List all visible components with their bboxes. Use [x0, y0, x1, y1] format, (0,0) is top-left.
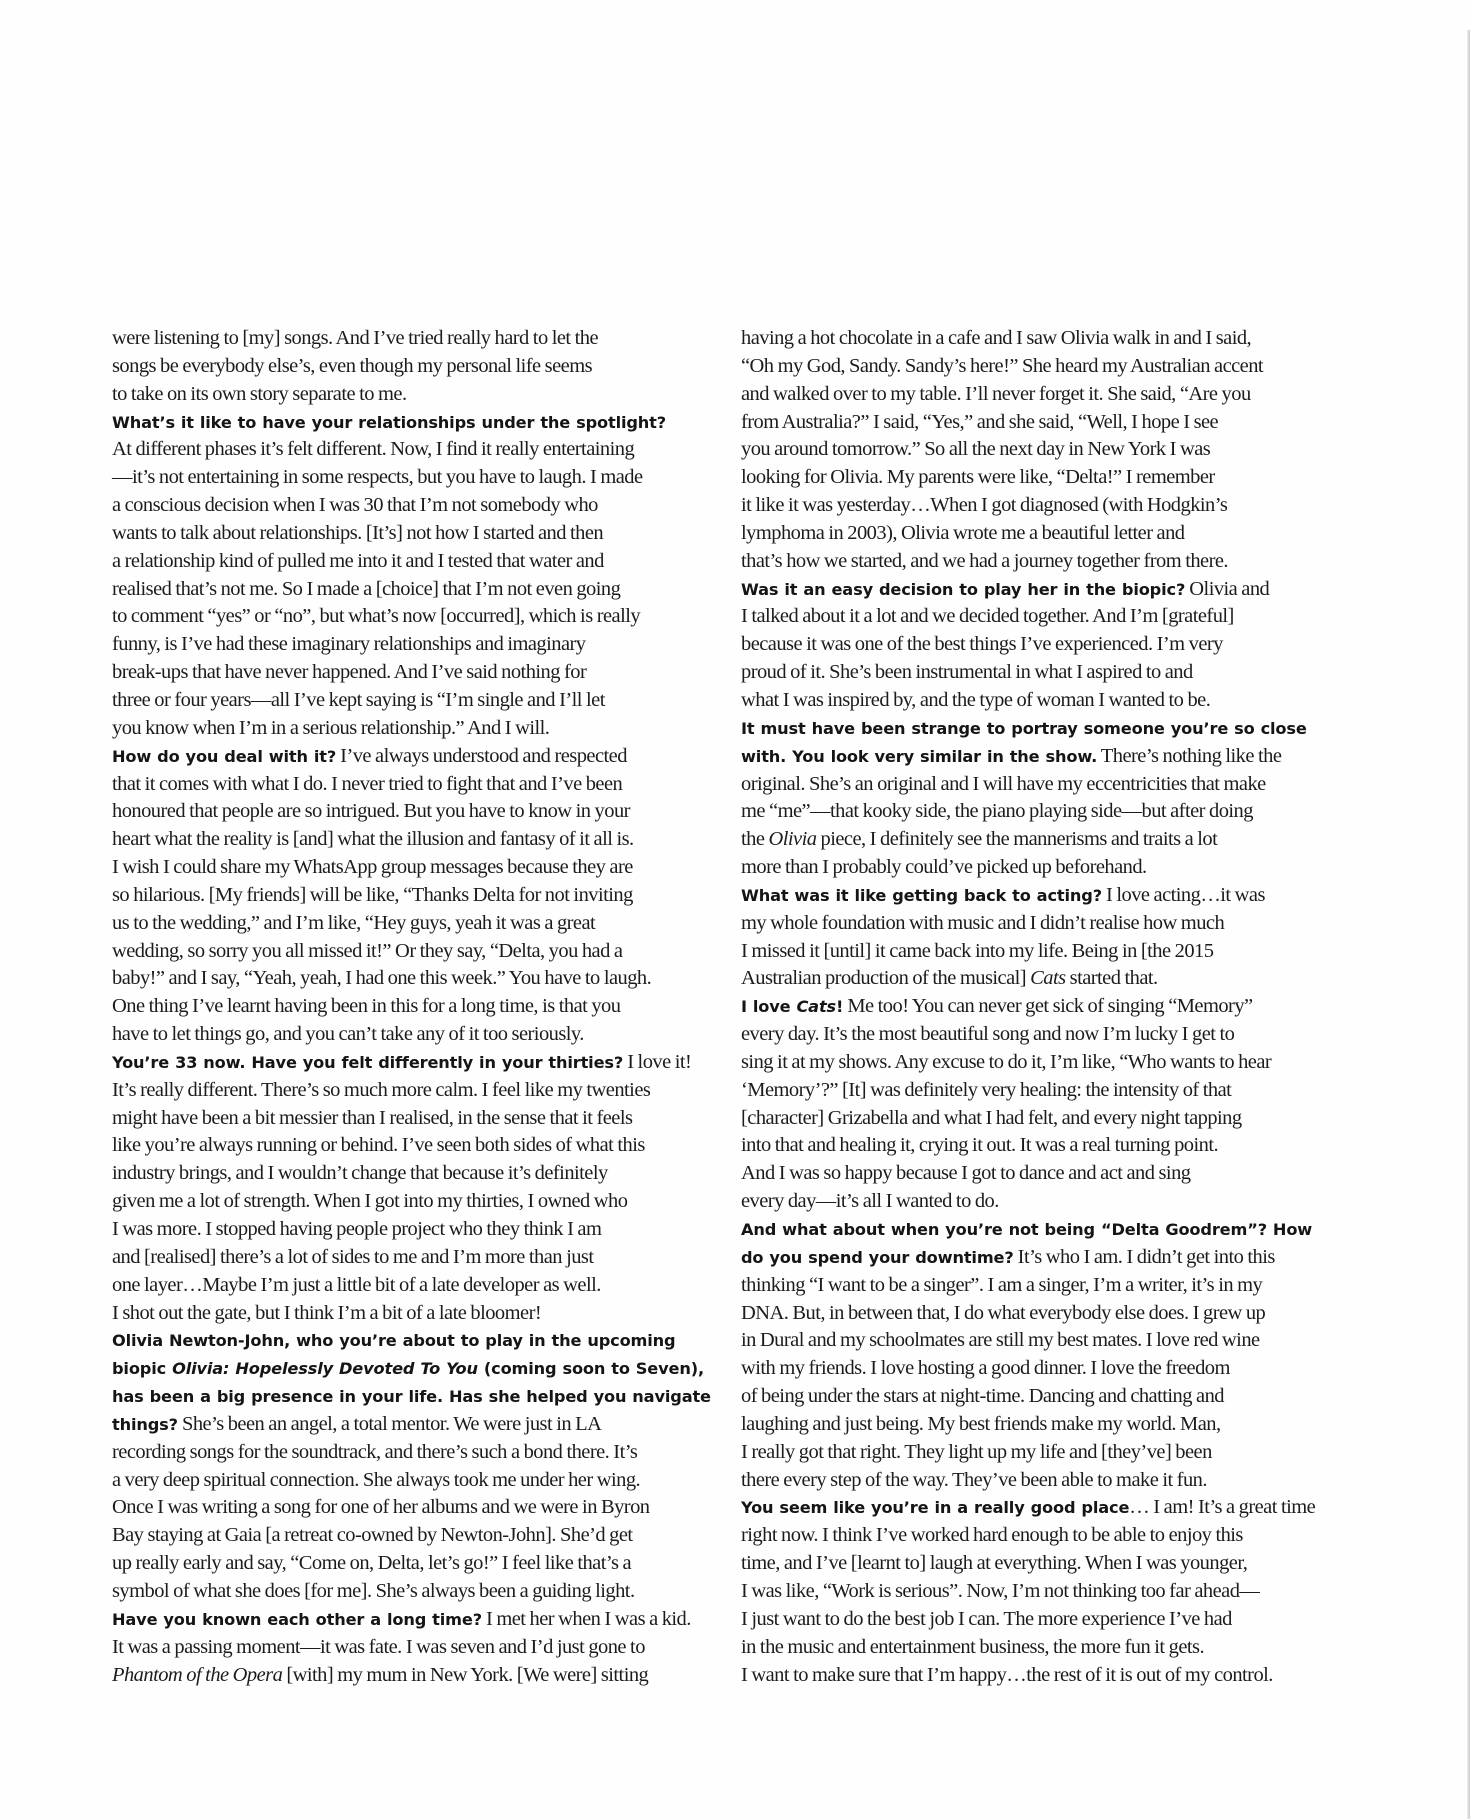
- text-line: I talked about it a lot and we decided t…: [741, 603, 1341, 631]
- interview-column-right: having a hot chocolate in a cafe and I s…: [741, 325, 1341, 1689]
- text-line: Australian production of the musical] Ca…: [741, 965, 1341, 993]
- answer-text: it like it was yesterday…When I got diag…: [741, 494, 1227, 516]
- answer-text: laughing and just being. My best friends…: [741, 1413, 1221, 1435]
- interview-question: I love: [741, 997, 796, 1016]
- interview-question: biopic: [112, 1359, 172, 1378]
- answer-text: every day. It’s the most beautiful song …: [741, 1023, 1234, 1045]
- text-line: And I was so happy because I got to danc…: [741, 1160, 1341, 1188]
- text-line: recording songs for the soundtrack, and …: [112, 1439, 712, 1467]
- answer-text: There’s nothing like the: [1097, 745, 1281, 767]
- answer-text: I was more. I stopped having people proj…: [112, 1218, 601, 1240]
- text-line: do you spend your downtime? It’s who I a…: [741, 1244, 1341, 1272]
- text-line: to take on its own story separate to me.: [112, 381, 712, 409]
- text-line: Bay staying at Gaia [a retreat co-owned …: [112, 1522, 712, 1550]
- answer-text: that’s how we started, and we had a jour…: [741, 550, 1228, 572]
- text-line: because it was one of the best things I’…: [741, 631, 1341, 659]
- interview-question: You seem like you’re in a really good pl…: [741, 1498, 1129, 1517]
- answer-text: It’s really different. There’s so much m…: [112, 1079, 650, 1101]
- answer-text: recording songs for the soundtrack, and …: [112, 1441, 637, 1463]
- answer-text: symbol of what she does [for me]. She’s …: [112, 1580, 635, 1602]
- text-line: I missed it [until] it came back into my…: [741, 938, 1341, 966]
- text-line: sing it at my shows. Any excuse to do it…: [741, 1049, 1341, 1077]
- text-line: so hilarious. [My friends] will be like,…: [112, 882, 712, 910]
- text-line: the Olivia piece, I definitely see the m…: [741, 826, 1341, 854]
- text-line: three or four years—all I’ve kept saying…: [112, 687, 712, 715]
- answer-text: wedding, so sorry you all missed it!” Or…: [112, 940, 622, 962]
- text-line: “Oh my God, Sandy. Sandy’s here!” She he…: [741, 353, 1341, 381]
- answer-text: I want to make sure that I’m happy…the r…: [741, 1664, 1273, 1686]
- interview-question: Cats: [796, 997, 836, 1016]
- text-line: What was it like getting back to acting?…: [741, 882, 1341, 910]
- answer-text: one layer…Maybe I’m just a little bit of…: [112, 1274, 601, 1296]
- magazine-page: were listening to [my] songs. And I’ve t…: [0, 0, 1470, 1819]
- text-line: break-ups that have never happened. And …: [112, 659, 712, 687]
- text-line: One thing I’ve learnt having been in thi…: [112, 993, 712, 1021]
- answer-text: One thing I’ve learnt having been in thi…: [112, 995, 620, 1017]
- answer-text: from Australia?” I said, “Yes,” and she …: [741, 411, 1218, 433]
- answer-text: that it comes with what I do. I never tr…: [112, 773, 622, 795]
- text-line: a conscious decision when I was 30 that …: [112, 492, 712, 520]
- answer-text: might have been a bit messier than I rea…: [112, 1107, 632, 1129]
- text-line: What’s it like to have your relationship…: [112, 409, 712, 437]
- text-line: were listening to [my] songs. And I’ve t…: [112, 325, 712, 353]
- interview-question: Olivia: Hopelessly Devoted To You: [172, 1359, 478, 1378]
- answer-text: I talked about it a lot and we decided t…: [741, 605, 1234, 627]
- text-line: It’s really different. There’s so much m…: [112, 1077, 712, 1105]
- answer-text: honoured that people are so intrigued. B…: [112, 800, 630, 822]
- interview-column-left: were listening to [my] songs. And I’ve t…: [112, 325, 712, 1689]
- answer-text: and [realised] there’s a lot of sides to…: [112, 1246, 594, 1268]
- text-line: original. She’s an original and I will h…: [741, 771, 1341, 799]
- answer-text: and walked over to my table. I’ll never …: [741, 383, 1251, 405]
- answer-text: every day—it’s all I wanted to do.: [741, 1190, 999, 1212]
- answer-text: Once I was writing a song for one of her…: [112, 1496, 649, 1518]
- interview-question: do you spend your downtime?: [741, 1248, 1014, 1267]
- text-line: every day—it’s all I wanted to do.: [741, 1188, 1341, 1216]
- text-line: laughing and just being. My best friends…: [741, 1411, 1341, 1439]
- text-line: every day. It’s the most beautiful song …: [741, 1021, 1341, 1049]
- answer-text: She’s been an angel, a total mentor. We …: [178, 1413, 601, 1435]
- text-line: have to let things go, and you can’t tak…: [112, 1021, 712, 1049]
- answer-text: you around tomorrow.” So all the next da…: [741, 438, 1210, 460]
- answer-text: original. She’s an original and I will h…: [741, 773, 1266, 795]
- italic-title: Cats: [1030, 967, 1065, 989]
- answer-text: my whole foundation with music and I did…: [741, 912, 1224, 934]
- text-line: I really got that right. They light up m…: [741, 1439, 1341, 1467]
- answer-text: me “me”—that kooky side, the piano playi…: [741, 800, 1253, 822]
- text-line: honoured that people are so intrigued. B…: [112, 798, 712, 826]
- text-line: How do you deal with it? I’ve always und…: [112, 743, 712, 771]
- answer-text: [with] my mum in New York. [We were] sit…: [282, 1664, 648, 1686]
- answer-text: of being under the stars at night-time. …: [741, 1385, 1224, 1407]
- text-line: in the music and entertainment business,…: [741, 1634, 1341, 1662]
- interview-question: has been a big presence in your life. Ha…: [112, 1387, 711, 1406]
- answer-text: so hilarious. [My friends] will be like,…: [112, 884, 633, 906]
- text-line: right now. I think I’ve worked hard enou…: [741, 1522, 1341, 1550]
- text-line: from Australia?” I said, “Yes,” and she …: [741, 409, 1341, 437]
- text-line: You’re 33 now. Have you felt differently…: [112, 1049, 712, 1077]
- text-line: realised that’s not me. So I made a [cho…: [112, 576, 712, 604]
- text-line: Was it an easy decision to play her in t…: [741, 576, 1341, 604]
- interview-question: with. You look very similar in the show.: [741, 747, 1097, 766]
- text-line: us to the wedding,” and I’m like, “Hey g…: [112, 910, 712, 938]
- interview-question: things?: [112, 1415, 178, 1434]
- answer-text: I wish I could share my WhatsApp group m…: [112, 856, 633, 878]
- text-line: Once I was writing a song for one of her…: [112, 1494, 712, 1522]
- text-line: baby!” and I say, “Yeah, yeah, I had one…: [112, 965, 712, 993]
- text-line: I want to make sure that I’m happy…the r…: [741, 1662, 1341, 1690]
- text-line: funny, is I’ve had these imaginary relat…: [112, 631, 712, 659]
- answer-text: looking for Olivia. My parents were like…: [741, 466, 1215, 488]
- answer-text: Olivia and: [1185, 578, 1269, 600]
- answer-text: baby!” and I say, “Yeah, yeah, I had one…: [112, 967, 651, 989]
- answer-text: a conscious decision when I was 30 that …: [112, 494, 598, 516]
- text-line: of being under the stars at night-time. …: [741, 1383, 1341, 1411]
- interview-question: And what about when you’re not being “De…: [741, 1220, 1312, 1239]
- text-line: things? She’s been an angel, a total men…: [112, 1411, 712, 1439]
- answer-text: three or four years—all I’ve kept saying…: [112, 689, 605, 711]
- answer-text: into that and healing it, crying it out.…: [741, 1134, 1218, 1156]
- text-line: looking for Olivia. My parents were like…: [741, 464, 1341, 492]
- text-line: wedding, so sorry you all missed it!” Or…: [112, 938, 712, 966]
- text-line: Olivia Newton-John, who you’re about to …: [112, 1327, 712, 1355]
- text-line: ‘Memory’?” [It] was definitely very heal…: [741, 1077, 1341, 1105]
- text-line: a relationship kind of pulled me into it…: [112, 548, 712, 576]
- text-line: DNA. But, in between that, I do what eve…: [741, 1300, 1341, 1328]
- answer-text: lymphoma in 2003), Olivia wrote me a bea…: [741, 522, 1185, 544]
- text-line: it like it was yesterday…When I got diag…: [741, 492, 1341, 520]
- answer-text: us to the wedding,” and I’m like, “Hey g…: [112, 912, 595, 934]
- answer-text: like you’re always running or behind. I’…: [112, 1134, 645, 1156]
- text-line: to comment “yes” or “no”, but what’s now…: [112, 603, 712, 631]
- text-line: that’s how we started, and we had a jour…: [741, 548, 1341, 576]
- answer-text: more than I probably could’ve picked up …: [741, 856, 1147, 878]
- answer-text: … I am! It’s a great time: [1129, 1496, 1315, 1518]
- answer-text: “Oh my God, Sandy. Sandy’s here!” She he…: [741, 355, 1263, 377]
- answer-text: I was like, “Work is serious”. Now, I’m …: [741, 1580, 1259, 1602]
- answer-text: up really early and say, “Come on, Delta…: [112, 1552, 631, 1574]
- text-line: heart what the reality is [and] what the…: [112, 826, 712, 854]
- text-line: It was a passing moment—it was fate. I w…: [112, 1634, 712, 1662]
- text-line: what I was inspired by, and the type of …: [741, 687, 1341, 715]
- text-line: that it comes with what I do. I never tr…: [112, 771, 712, 799]
- italic-title: Phantom of the Opera: [112, 1664, 282, 1686]
- text-line: industry brings, and I wouldn’t change t…: [112, 1160, 712, 1188]
- answer-text: industry brings, and I wouldn’t change t…: [112, 1162, 608, 1184]
- answer-text: the: [741, 828, 768, 850]
- interview-question: Was it an easy decision to play her in t…: [741, 580, 1185, 599]
- answer-text: break-ups that have never happened. And …: [112, 661, 586, 683]
- answer-text: songs be everybody else’s, even though m…: [112, 355, 592, 377]
- answer-text: It was a passing moment—it was fate. I w…: [112, 1636, 645, 1658]
- answer-text: funny, is I’ve had these imaginary relat…: [112, 633, 586, 655]
- answer-text: to take on its own story separate to me.: [112, 383, 407, 405]
- answer-text: given me a lot of strength. When I got i…: [112, 1190, 627, 1212]
- answer-text: a very deep spiritual connection. She al…: [112, 1469, 640, 1491]
- interview-question: (coming soon to Seven),: [478, 1359, 704, 1378]
- interview-question: It must have been strange to portray som…: [741, 719, 1307, 738]
- answer-text: thinking “I want to be a singer”. I am a…: [741, 1274, 1262, 1296]
- answer-text: in Dural and my schoolmates are still my…: [741, 1329, 1260, 1351]
- text-line: in Dural and my schoolmates are still my…: [741, 1327, 1341, 1355]
- text-line: I just want to do the best job I can. Th…: [741, 1606, 1341, 1634]
- text-line: my whole foundation with music and I did…: [741, 910, 1341, 938]
- answer-text: It’s who I am. I didn’t get into this: [1014, 1246, 1275, 1268]
- answer-text: there every step of the way. They’ve bee…: [741, 1469, 1207, 1491]
- text-line: one layer…Maybe I’m just a little bit of…: [112, 1272, 712, 1300]
- text-line: —it’s not entertaining in some respects,…: [112, 464, 712, 492]
- answer-text: in the music and entertainment business,…: [741, 1636, 1204, 1658]
- italic-title: Olivia: [768, 828, 816, 850]
- answer-text: started that.: [1066, 967, 1158, 989]
- text-line: into that and healing it, crying it out.…: [741, 1132, 1341, 1160]
- text-line: It must have been strange to portray som…: [741, 715, 1341, 743]
- text-line: you around tomorrow.” So all the next da…: [741, 436, 1341, 464]
- interview-question: How do you deal with it?: [112, 747, 336, 766]
- text-line: has been a big presence in your life. Ha…: [112, 1383, 712, 1411]
- answer-text: have to let things go, and you can’t tak…: [112, 1023, 584, 1045]
- answer-text: sing it at my shows. Any excuse to do it…: [741, 1051, 1271, 1073]
- text-line: And what about when you’re not being “De…: [741, 1216, 1341, 1244]
- answer-text: heart what the reality is [and] what the…: [112, 828, 634, 850]
- interview-question: Have you known each other a long time?: [112, 1610, 482, 1629]
- text-line: might have been a bit messier than I rea…: [112, 1105, 712, 1133]
- answer-text: to comment “yes” or “no”, but what’s now…: [112, 605, 640, 627]
- text-line: You seem like you’re in a really good pl…: [741, 1494, 1341, 1522]
- text-line: you know when I’m in a serious relations…: [112, 715, 712, 743]
- answer-text: time, and I’ve [learnt to] laugh at ever…: [741, 1552, 1247, 1574]
- text-line: songs be everybody else’s, even though m…: [112, 353, 712, 381]
- answer-text: I shot out the gate, but I think I’m a b…: [112, 1302, 541, 1324]
- answer-text: At different phases it’s felt different.…: [112, 438, 634, 460]
- text-line: biopic Olivia: Hopelessly Devoted To You…: [112, 1355, 712, 1383]
- answer-text: I love it!: [623, 1051, 691, 1073]
- answer-text: you know when I’m in a serious relations…: [112, 717, 549, 739]
- text-line: there every step of the way. They’ve bee…: [741, 1467, 1341, 1495]
- answer-text: Me too! You can never get sick of singin…: [843, 995, 1252, 1017]
- text-line: I wish I could share my WhatsApp group m…: [112, 854, 712, 882]
- answer-text: with my friends. I love hosting a good d…: [741, 1357, 1230, 1379]
- text-line: wants to talk about relationships. [It’s…: [112, 520, 712, 548]
- answer-text: because it was one of the best things I’…: [741, 633, 1223, 655]
- answer-text: And I was so happy because I got to danc…: [741, 1162, 1190, 1184]
- answer-text: DNA. But, in between that, I do what eve…: [741, 1302, 1265, 1324]
- interview-question: What was it like getting back to acting?: [741, 886, 1102, 905]
- text-line: I shot out the gate, but I think I’m a b…: [112, 1300, 712, 1328]
- text-line: Have you known each other a long time? I…: [112, 1606, 712, 1634]
- text-line: and [realised] there’s a lot of sides to…: [112, 1244, 712, 1272]
- answer-text: proud of it. She’s been instrumental in …: [741, 661, 1193, 683]
- text-line: more than I probably could’ve picked up …: [741, 854, 1341, 882]
- text-line: time, and I’ve [learnt to] laugh at ever…: [741, 1550, 1341, 1578]
- text-line: given me a lot of strength. When I got i…: [112, 1188, 712, 1216]
- text-line: [character] Grizabella and what I had fe…: [741, 1105, 1341, 1133]
- answer-text: —it’s not entertaining in some respects,…: [112, 466, 643, 488]
- answer-text: were listening to [my] songs. And I’ve t…: [112, 327, 598, 349]
- text-line: with my friends. I love hosting a good d…: [741, 1355, 1341, 1383]
- text-line: lymphoma in 2003), Olivia wrote me a bea…: [741, 520, 1341, 548]
- text-line: a very deep spiritual connection. She al…: [112, 1467, 712, 1495]
- answer-text: what I was inspired by, and the type of …: [741, 689, 1210, 711]
- text-line: proud of it. She’s been instrumental in …: [741, 659, 1341, 687]
- answer-text: [character] Grizabella and what I had fe…: [741, 1107, 1242, 1129]
- interview-question: Olivia Newton-John, who you’re about to …: [112, 1331, 675, 1350]
- answer-text: I love acting…it was: [1102, 884, 1265, 906]
- answer-text: Bay staying at Gaia [a retreat co-owned …: [112, 1524, 633, 1546]
- answer-text: I missed it [until] it came back into my…: [741, 940, 1213, 962]
- interview-question: What’s it like to have your relationship…: [112, 413, 666, 432]
- answer-text: Australian production of the musical]: [741, 967, 1030, 989]
- text-line: up really early and say, “Come on, Delta…: [112, 1550, 712, 1578]
- text-line: and walked over to my table. I’ll never …: [741, 381, 1341, 409]
- text-line: thinking “I want to be a singer”. I am a…: [741, 1272, 1341, 1300]
- answer-text: I just want to do the best job I can. Th…: [741, 1608, 1232, 1630]
- text-line: At different phases it’s felt different.…: [112, 436, 712, 464]
- answer-text: wants to talk about relationships. [It’s…: [112, 522, 603, 544]
- answer-text: I met her when I was a kid.: [482, 1608, 691, 1630]
- text-line: Phantom of the Opera [with] my mum in Ne…: [112, 1662, 712, 1690]
- answer-text: having a hot chocolate in a cafe and I s…: [741, 327, 1251, 349]
- text-line: like you’re always running or behind. I’…: [112, 1132, 712, 1160]
- text-line: I was like, “Work is serious”. Now, I’m …: [741, 1578, 1341, 1606]
- answer-text: I’ve always understood and respected: [336, 745, 627, 767]
- answer-text: I really got that right. They light up m…: [741, 1441, 1212, 1463]
- interview-question: You’re 33 now. Have you felt differently…: [112, 1053, 623, 1072]
- text-line: me “me”—that kooky side, the piano playi…: [741, 798, 1341, 826]
- text-line: having a hot chocolate in a cafe and I s…: [741, 325, 1341, 353]
- text-line: I love Cats! Me too! You can never get s…: [741, 993, 1341, 1021]
- answer-text: right now. I think I’ve worked hard enou…: [741, 1524, 1243, 1546]
- text-line: symbol of what she does [for me]. She’s …: [112, 1578, 712, 1606]
- answer-text: a relationship kind of pulled me into it…: [112, 550, 604, 572]
- answer-text: ‘Memory’?” [It] was definitely very heal…: [741, 1079, 1231, 1101]
- answer-text: realised that’s not me. So I made a [cho…: [112, 578, 620, 600]
- text-line: with. You look very similar in the show.…: [741, 743, 1341, 771]
- answer-text: piece, I definitely see the mannerisms a…: [816, 828, 1217, 850]
- text-line: I was more. I stopped having people proj…: [112, 1216, 712, 1244]
